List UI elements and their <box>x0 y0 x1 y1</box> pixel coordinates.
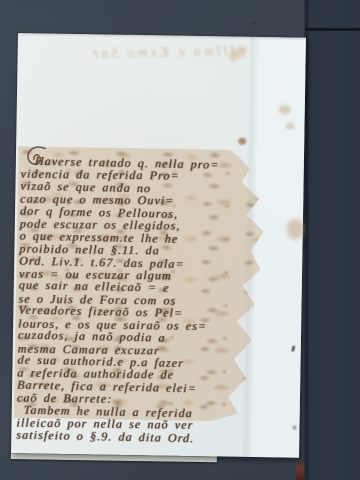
ink-speck <box>292 426 296 430</box>
photo-backdrop: Illmo e Exmo Snr Haverse tratado q. nell… <box>0 0 360 480</box>
binding-thread-mark <box>296 461 304 480</box>
mat-board-right <box>309 0 360 480</box>
mat-seam-horizontal <box>305 28 360 31</box>
foxing-spot <box>279 105 291 114</box>
manuscript-page: Illmo e Exmo Snr Haverse tratado q. nell… <box>11 33 306 458</box>
foxing-spot <box>287 218 304 239</box>
foxing-spot <box>285 122 294 129</box>
foxing-spot <box>238 138 246 145</box>
ink-speck <box>291 345 295 352</box>
manuscript-text-block: Haverse tratado q. nella pro=videncia da… <box>16 155 273 445</box>
